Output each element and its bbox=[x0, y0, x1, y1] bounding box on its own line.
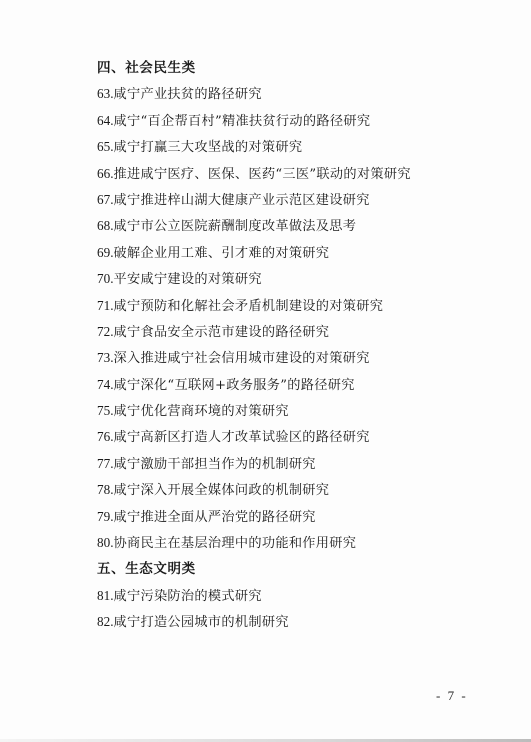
list-item-74: 74.咸宁深化“互联网+政务服务”的路径研究 bbox=[97, 372, 497, 398]
list-item-70: 70.平安咸宁建设的对策研究 bbox=[97, 266, 497, 292]
item-number: 75. bbox=[97, 403, 113, 418]
item-number: 73. bbox=[97, 350, 113, 365]
list-item-79: 79.咸宁推进全面从严治党的路径研究 bbox=[97, 504, 497, 530]
list-item-77: 77.咸宁激励干部担当作为的机制研究 bbox=[97, 451, 497, 477]
item-number: 82. bbox=[97, 614, 113, 629]
item-text: 破解企业用工难、引才难的对策研究 bbox=[113, 246, 329, 261]
document-page: 四、社会民生类 63.咸宁产业扶贫的路径研究 64.咸宁“百企帮百村”精准扶贫行… bbox=[0, 0, 531, 742]
item-number: 63. bbox=[97, 86, 113, 101]
item-text: 咸宁激励干部担当作为的机制研究 bbox=[113, 457, 315, 472]
list-item-69: 69.破解企业用工难、引才难的对策研究 bbox=[97, 240, 497, 266]
list-item-81: 81.咸宁污染防治的模式研究 bbox=[97, 583, 497, 609]
item-text: 咸宁深化“互联网+政务服务”的路径研究 bbox=[113, 378, 354, 393]
list-item-64: 64.咸宁“百企帮百村”精准扶贫行动的路径研究 bbox=[97, 108, 497, 134]
item-text: 咸宁污染防治的模式研究 bbox=[113, 589, 261, 604]
item-number: 81. bbox=[97, 588, 113, 603]
list-item-80: 80.协商民主在基层治理中的功能和作用研究 bbox=[97, 530, 497, 556]
item-text: 咸宁食品安全示范市建设的路径研究 bbox=[113, 325, 329, 340]
item-number: 66. bbox=[97, 166, 113, 181]
item-number: 72. bbox=[97, 324, 113, 339]
item-text: 咸宁市公立医院薪酬制度改革做法及思考 bbox=[113, 219, 356, 234]
item-number: 67. bbox=[97, 192, 113, 207]
item-number: 64. bbox=[97, 113, 113, 128]
list-item-76: 76.咸宁高新区打造人才改革试验区的路径研究 bbox=[97, 424, 497, 450]
item-number: 69. bbox=[97, 245, 113, 260]
item-number: 76. bbox=[97, 429, 113, 444]
list-item-68: 68.咸宁市公立医院薪酬制度改革做法及思考 bbox=[97, 213, 497, 239]
item-number: 77. bbox=[97, 456, 113, 471]
item-number: 71. bbox=[97, 298, 113, 313]
item-number: 68. bbox=[97, 218, 113, 233]
item-number: 78. bbox=[97, 482, 113, 497]
section-heading-ecological-civilization: 五、生态文明类 bbox=[97, 556, 497, 582]
section-heading-social-livelihood: 四、社会民生类 bbox=[97, 55, 497, 81]
list-item-71: 71.咸宁预防和化解社会矛盾机制建设的对策研究 bbox=[97, 293, 497, 319]
list-item-78: 78.咸宁深入开展全媒体问政的机制研究 bbox=[97, 477, 497, 503]
list-item-67: 67.咸宁推进梓山湖大健康产业示范区建设研究 bbox=[97, 187, 497, 213]
item-text: 咸宁深入开展全媒体问政的机制研究 bbox=[113, 483, 329, 498]
list-item-65: 65.咸宁打赢三大攻坚战的对策研究 bbox=[97, 134, 497, 160]
item-number: 80. bbox=[97, 535, 113, 550]
list-item-73: 73.深入推进咸宁社会信用城市建设的对策研究 bbox=[97, 345, 497, 371]
item-text: 咸宁打造公园城市的机制研究 bbox=[113, 615, 288, 630]
item-text: 平安咸宁建设的对策研究 bbox=[113, 272, 261, 287]
item-number: 70. bbox=[97, 271, 113, 286]
item-text: 咸宁推进梓山湖大健康产业示范区建设研究 bbox=[113, 193, 369, 208]
item-number: 79. bbox=[97, 509, 113, 524]
topic-list: 四、社会民生类 63.咸宁产业扶贫的路径研究 64.咸宁“百企帮百村”精准扶贫行… bbox=[97, 55, 497, 636]
list-item-82: 82.咸宁打造公园城市的机制研究 bbox=[97, 609, 497, 635]
item-text: 咸宁推进全面从严治党的路径研究 bbox=[113, 510, 315, 525]
item-text: 咸宁预防和化解社会矛盾机制建设的对策研究 bbox=[113, 299, 383, 314]
list-item-75: 75.咸宁优化营商环境的对策研究 bbox=[97, 398, 497, 424]
item-number: 74. bbox=[97, 377, 113, 392]
page-number: - 7 - bbox=[436, 688, 468, 704]
item-text: 深入推进咸宁社会信用城市建设的对策研究 bbox=[113, 351, 369, 366]
list-item-63: 63.咸宁产业扶贫的路径研究 bbox=[97, 81, 497, 107]
item-text: 咸宁优化营商环境的对策研究 bbox=[113, 404, 288, 419]
list-item-66: 66.推进咸宁医疗、医保、医药“三医”联动的对策研究 bbox=[97, 161, 497, 187]
item-text: 咸宁打赢三大攻坚战的对策研究 bbox=[113, 140, 302, 155]
item-text: 推进咸宁医疗、医保、医药“三医”联动的对策研究 bbox=[113, 167, 410, 182]
list-item-72: 72.咸宁食品安全示范市建设的路径研究 bbox=[97, 319, 497, 345]
item-text: 协商民主在基层治理中的功能和作用研究 bbox=[113, 536, 356, 551]
item-text: 咸宁产业扶贫的路径研究 bbox=[113, 87, 261, 102]
item-text: 咸宁“百企帮百村”精准扶贫行动的路径研究 bbox=[113, 114, 370, 129]
item-text: 咸宁高新区打造人才改革试验区的路径研究 bbox=[113, 430, 369, 445]
item-number: 65. bbox=[97, 139, 113, 154]
